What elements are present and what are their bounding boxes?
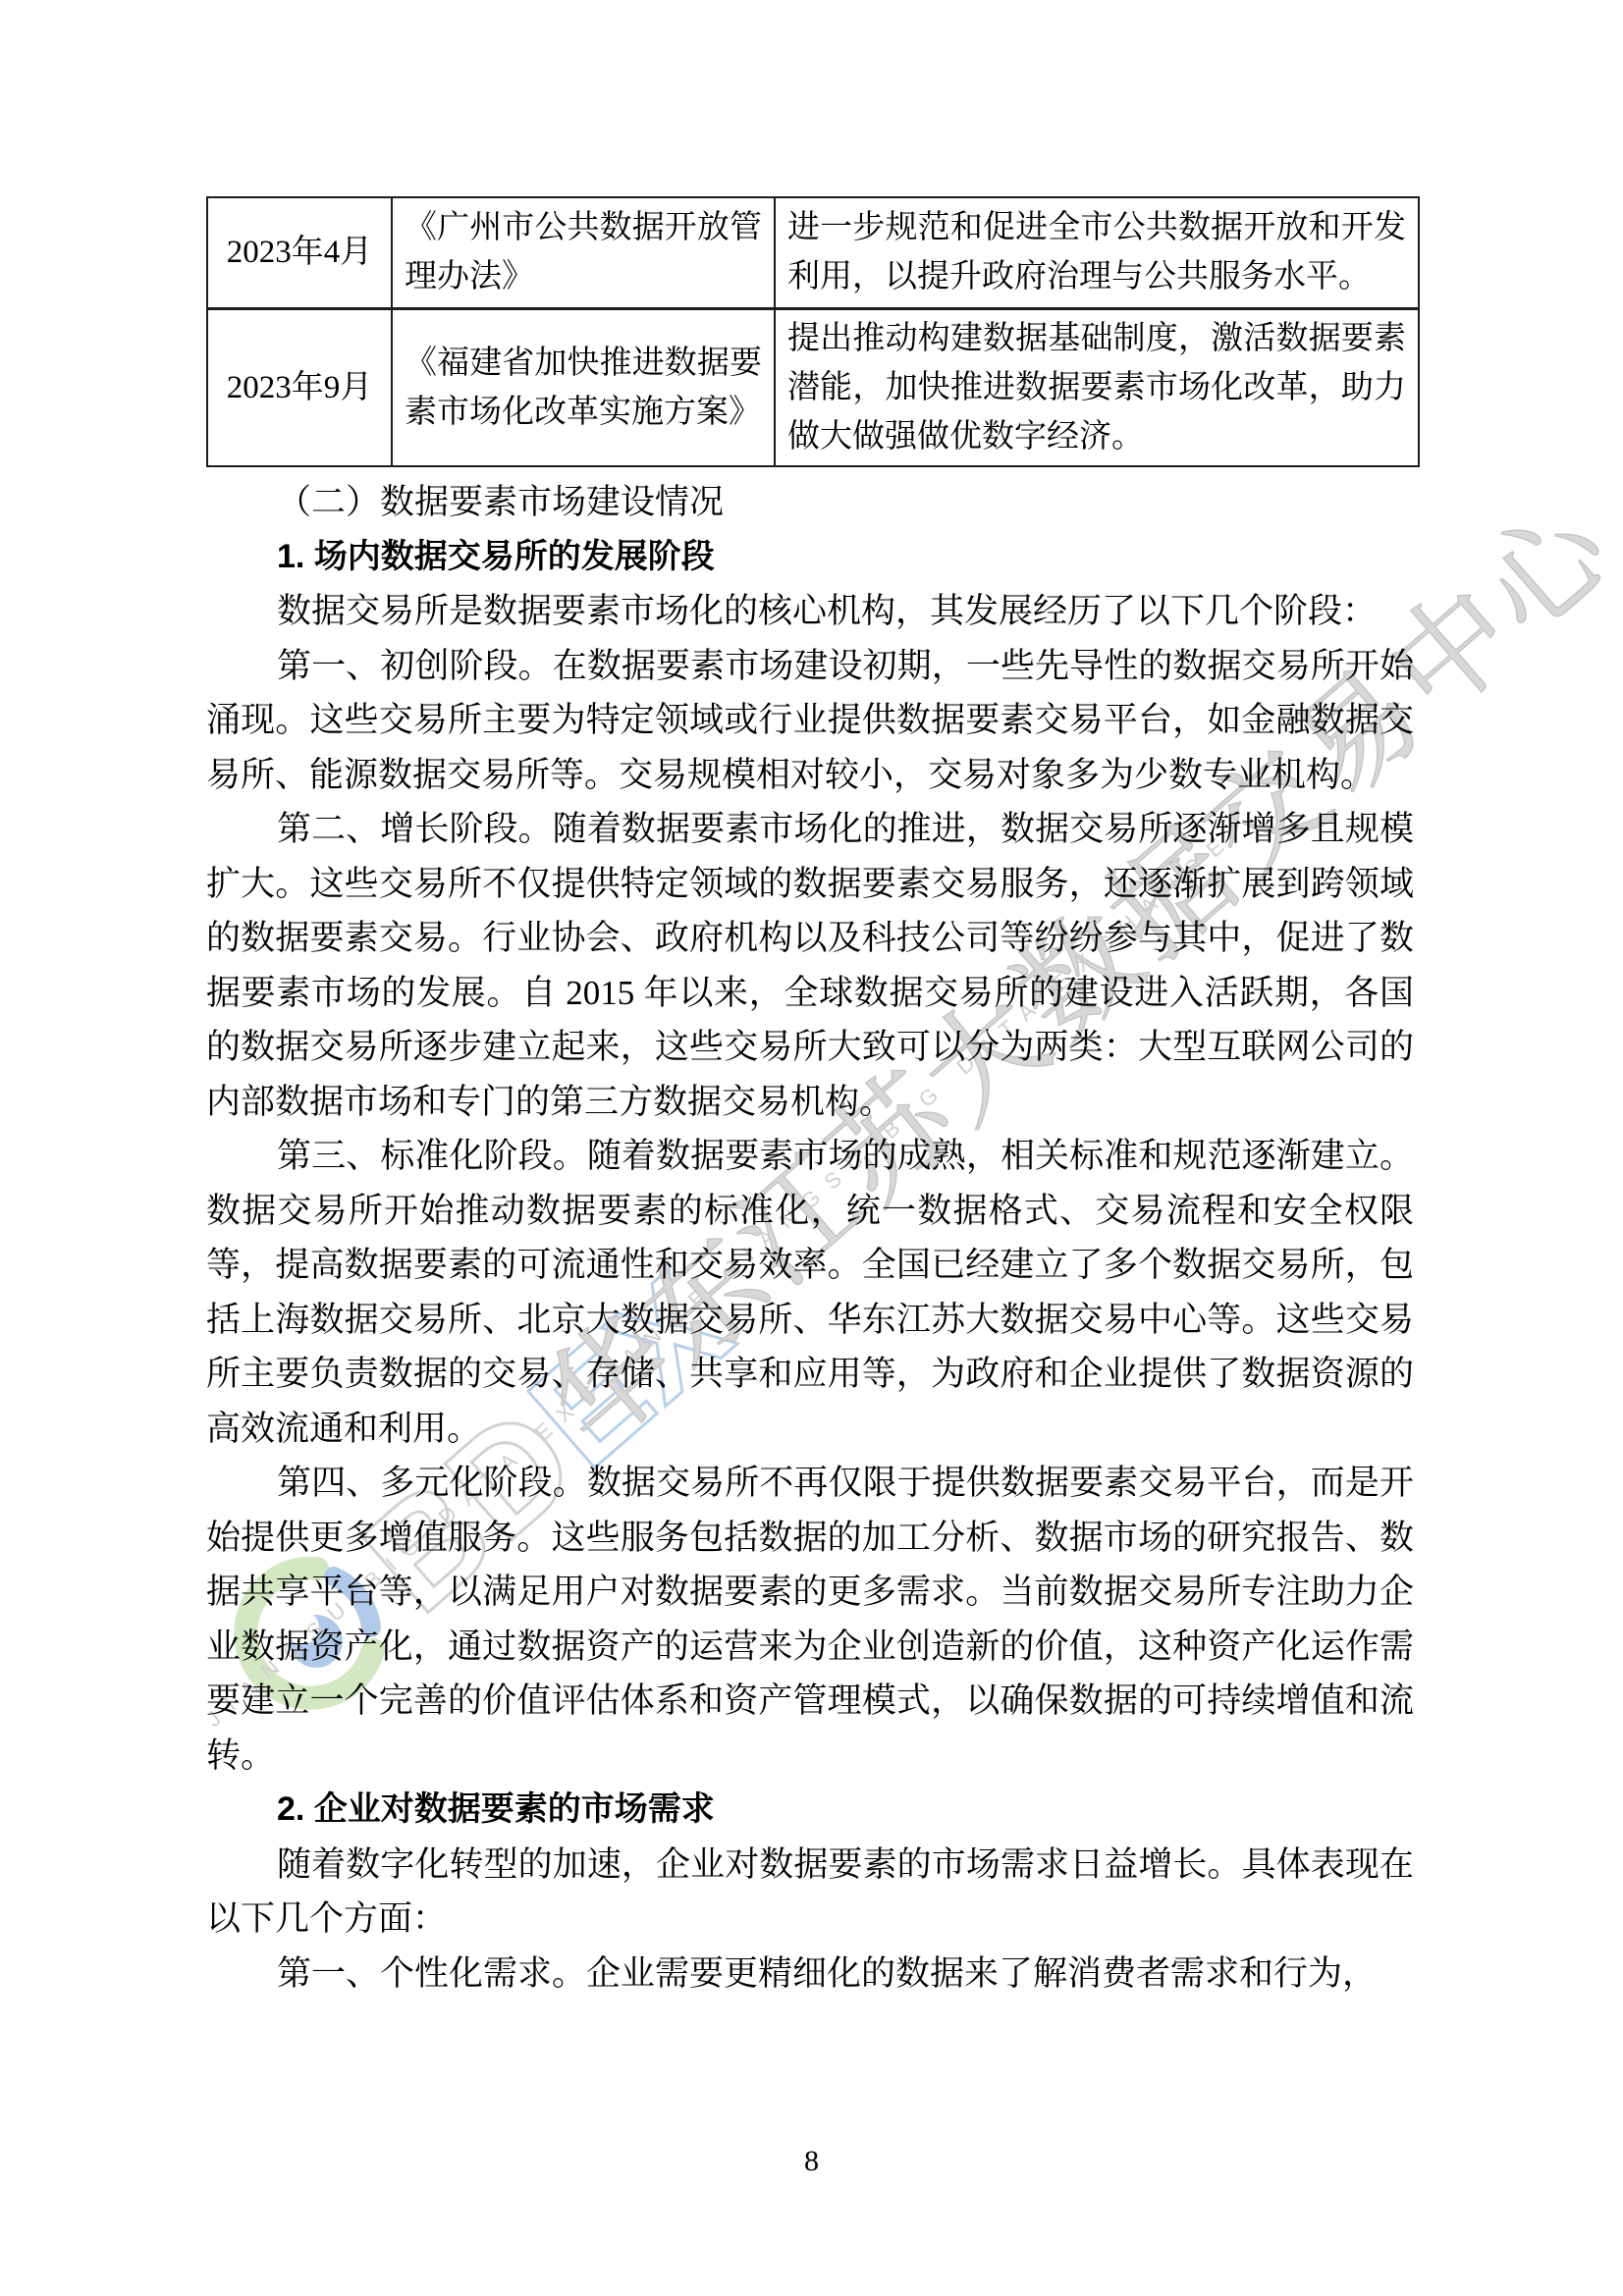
cell-policy: 《福建省加快推进数据要素市场化改革实施方案》: [392, 308, 775, 466]
paragraph-stage3: 第三、标准化阶段。随着数据要素市场的成熟，相关标准和规范逐渐建立。数据交易所开始…: [206, 1129, 1414, 1456]
policy-table: 2023年4月 《广州市公共数据开放管理办法》 进一步规范和促进全市公共数据开放…: [206, 196, 1420, 467]
paragraph-stage1: 第一、初创阶段。在数据要素市场建设初期，一些先导性的数据交易所开始涌现。这些交易…: [206, 639, 1414, 803]
cell-policy: 《广州市公共数据开放管理办法》: [392, 197, 775, 308]
subsection-1-heading: 1. 场内数据交易所的发展阶段: [206, 530, 1414, 585]
cell-description: 提出推动构建数据基础制度，激活数据要素潜能，加快推进数据要素市场化改革，助力做大…: [775, 308, 1419, 466]
document-page: BDEX JIANGSU BIG DATA EXCHANGE JIANGSU B…: [0, 0, 1623, 2296]
document-body: （二）数据要素市场建设情况 1. 场内数据交易所的发展阶段 数据交易所是数据要素…: [206, 475, 1414, 2001]
paragraph-intro: 数据交易所是数据要素市场化的核心机构，其发展经历了以下几个阶段：: [206, 584, 1414, 639]
cell-description: 进一步规范和促进全市公共数据开放和开发利用，以提升政府治理与公共服务水平。: [775, 197, 1419, 308]
table-row: 2023年9月 《福建省加快推进数据要素市场化改革实施方案》 提出推动构建数据基…: [207, 308, 1419, 466]
paragraph-stage4: 第四、多元化阶段。数据交易所不再仅限于提供数据要素交易平台，而是开始提供更多增值…: [206, 1456, 1414, 1783]
cell-date: 2023年9月: [207, 308, 392, 466]
table-row: 2023年4月 《广州市公共数据开放管理办法》 进一步规范和促进全市公共数据开放…: [207, 197, 1419, 308]
paragraph-demand: 随着数字化转型的加速，企业对数据要素的市场需求日益增长。具体表现在以下几个方面：: [206, 1838, 1414, 1947]
cell-date: 2023年4月: [207, 197, 392, 308]
paragraph-demand-1: 第一、个性化需求。企业需要更精细化的数据来了解消费者需求和行为，: [206, 1947, 1414, 2002]
subsection-2-heading: 2. 企业对数据要素的市场需求: [206, 1783, 1414, 1838]
section-heading: （二）数据要素市场建设情况: [206, 475, 1414, 530]
page-number: 8: [0, 2145, 1623, 2178]
paragraph-stage2: 第二、增长阶段。随着数据要素市场化的推进，数据交易所逐渐增多且规模扩大。这些交易…: [206, 802, 1414, 1129]
